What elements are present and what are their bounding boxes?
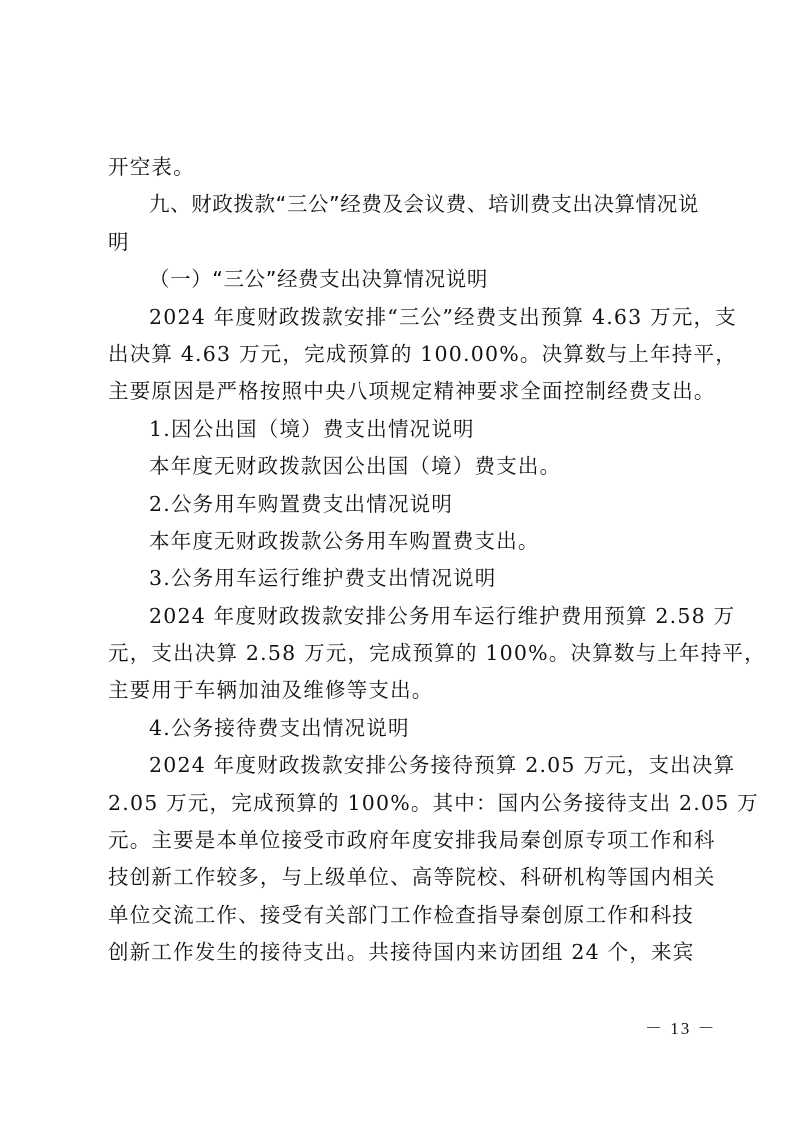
paragraph-line: 出决算 4.63 万元，完成预算的 100.00%。决算数与上年持平， — [108, 336, 694, 373]
item-heading: 4.公务接待费支出情况说明 — [108, 710, 694, 747]
section-heading-continued: 明 — [108, 224, 694, 261]
item-heading: 1.因公出国（境）费支出情况说明 — [108, 411, 694, 448]
item-heading: 2.公务用车购置费支出情况说明 — [108, 486, 694, 523]
paragraph-line: 主要原因是严格按照中央八项规定精神要求全面控制经费支出。 — [108, 373, 694, 410]
subsection-heading: （一）“三公”经费支出决算情况说明 — [108, 261, 694, 298]
paragraph-line: 主要用于车辆加油及维修等支出。 — [108, 672, 694, 709]
page-number: － 13 － — [645, 1014, 717, 1039]
section-heading: 九、财政拨款“三公”经费及会议费、培训费支出决算情况说 — [108, 186, 694, 223]
paragraph-line: 2024 年度财政拨款安排公务接待预算 2.05 万元，支出决算 — [108, 747, 694, 784]
body-line: 开空表。 — [108, 149, 694, 186]
item-heading: 3.公务用车运行维护费支出情况说明 — [108, 560, 694, 597]
paragraph-line: 2024 年度财政拨款安排“三公”经费支出预算 4.63 万元，支 — [108, 299, 694, 336]
paragraph-line: 技创新工作较多，与上级单位、高等院校、科研机构等国内相关 — [108, 859, 694, 896]
paragraph-line: 2024 年度财政拨款安排公务用车运行维护费用预算 2.58 万 — [108, 598, 694, 635]
paragraph-line: 单位交流工作、接受有关部门工作检查指导秦创原工作和科技 — [108, 897, 694, 934]
paragraph-line: 本年度无财政拨款公务用车购置费支出。 — [108, 523, 694, 560]
paragraph-line: 元。主要是本单位接受市政府年度安排我局秦创原专项工作和科 — [108, 822, 694, 859]
document-page: 开空表。 九、财政拨款“三公”经费及会议费、培训费支出决算情况说 明 （一）“三… — [108, 149, 694, 972]
paragraph-line: 元，支出决算 2.58 万元，完成预算的 100%。决算数与上年持平， — [108, 635, 694, 672]
paragraph-line: 2.05 万元，完成预算的 100%。其中：国内公务接待支出 2.05 万 — [108, 785, 694, 822]
paragraph-line: 创新工作发生的接待支出。共接待国内来访团组 24 个，来宾 — [108, 934, 694, 971]
paragraph-line: 本年度无财政拨款因公出国（境）费支出。 — [108, 448, 694, 485]
